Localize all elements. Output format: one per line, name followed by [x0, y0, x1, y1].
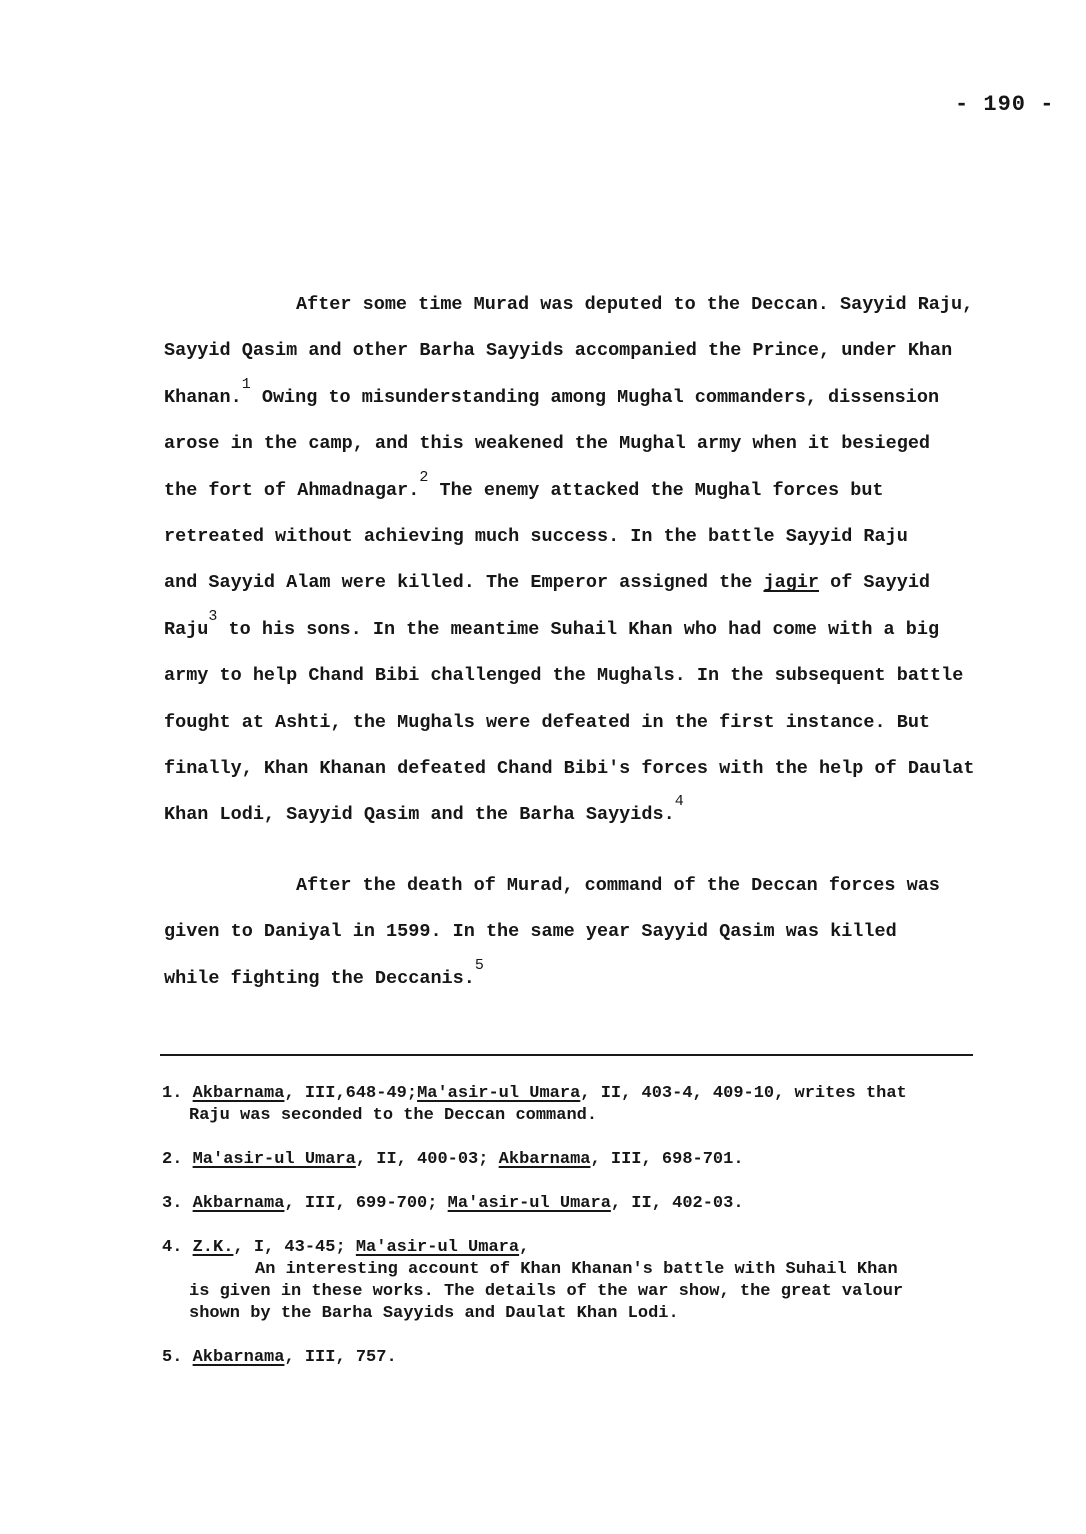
page-number: - 190 - [955, 92, 1054, 117]
text-line: given to Daniyal in 1599. In the same ye… [164, 909, 994, 955]
footnote-line: 5. Akbarnama, III, 757. [162, 1347, 982, 1369]
source-title: Akbarnama [193, 1348, 285, 1367]
text-line: finally, Khan Khanan defeated Chand Bibi… [164, 746, 994, 792]
text-line: arose in the camp, and this weakened the… [164, 421, 994, 467]
paragraph-gap [164, 839, 994, 863]
text-line: fought at Ashti, the Mughals were defeat… [164, 700, 994, 746]
footnote-ref: 4 [675, 793, 684, 810]
source-title: Akbarnama [499, 1150, 591, 1169]
footnote-ref: 1 [242, 376, 251, 393]
footnote-line: 4. Z.K., I, 43-45; Ma'asir-ul Umara, [162, 1237, 982, 1259]
footnote-line: Raju was seconded to the Deccan command. [162, 1105, 982, 1127]
paragraph-2: After the death of Murad, command of the… [164, 863, 994, 1002]
footnote-line: An interesting account of Khan Khanan's … [162, 1259, 982, 1281]
text-line: the fort of Ahmadnagar.2 The enemy attac… [164, 468, 994, 514]
footnote-line: is given in these works. The details of … [162, 1281, 982, 1303]
source-title: Ma'asir-ul Umara [193, 1150, 356, 1169]
source-title: Akbarnama [193, 1084, 285, 1103]
footnote: 4. Z.K., I, 43-45; Ma'asir-ul Umara,An i… [162, 1237, 982, 1325]
source-title: Ma'asir-ul Umara [356, 1238, 519, 1257]
underlined-term: jagir [764, 572, 820, 593]
source-title: Z.K. [193, 1238, 234, 1257]
text-line: Sayyid Qasim and other Barha Sayyids acc… [164, 328, 994, 374]
footnote-ref: 5 [475, 957, 484, 974]
text-line: After some time Murad was deputed to the… [164, 282, 994, 328]
footnote-line: shown by the Barha Sayyids and Daulat Kh… [162, 1303, 982, 1325]
text-line: Raju3 to his sons. In the meantime Suhai… [164, 607, 994, 653]
footnote: 1. Akbarnama, III,648-49;Ma'asir-ul Umar… [162, 1083, 982, 1127]
source-title: Ma'asir-ul Umara [417, 1084, 580, 1103]
footnote-line: 2. Ma'asir-ul Umara, II, 400-03; Akbarna… [162, 1149, 982, 1171]
body-text: After some time Murad was deputed to the… [164, 282, 994, 1002]
text-line: and Sayyid Alam were killed. The Emperor… [164, 560, 994, 606]
text-line: while fighting the Deccanis.5 [164, 956, 994, 1002]
source-title: Ma'asir-ul Umara [448, 1194, 611, 1213]
text-line: Khan Lodi, Sayyid Qasim and the Barha Sa… [164, 792, 994, 838]
text-line: army to help Chand Bibi challenged the M… [164, 653, 994, 699]
text-line: After the death of Murad, command of the… [164, 863, 994, 909]
text-line: Khanan.1 Owing to misunderstanding among… [164, 375, 994, 421]
footnote: 5. Akbarnama, III, 757. [162, 1347, 982, 1369]
footnote-line: 1. Akbarnama, III,648-49;Ma'asir-ul Umar… [162, 1083, 982, 1105]
footnote: 3. Akbarnama, III, 699-700; Ma'asir-ul U… [162, 1193, 982, 1215]
source-title: Akbarnama [193, 1194, 285, 1213]
footnote-ref: 2 [419, 469, 428, 486]
footnote-divider [160, 1054, 973, 1056]
footnote-ref: 3 [208, 608, 217, 625]
text-line: retreated without achieving much success… [164, 514, 994, 560]
footnotes: 1. Akbarnama, III,648-49;Ma'asir-ul Umar… [162, 1083, 982, 1391]
paragraph-1: After some time Murad was deputed to the… [164, 282, 994, 839]
footnote-line: 3. Akbarnama, III, 699-700; Ma'asir-ul U… [162, 1193, 982, 1215]
footnote: 2. Ma'asir-ul Umara, II, 400-03; Akbarna… [162, 1149, 982, 1171]
